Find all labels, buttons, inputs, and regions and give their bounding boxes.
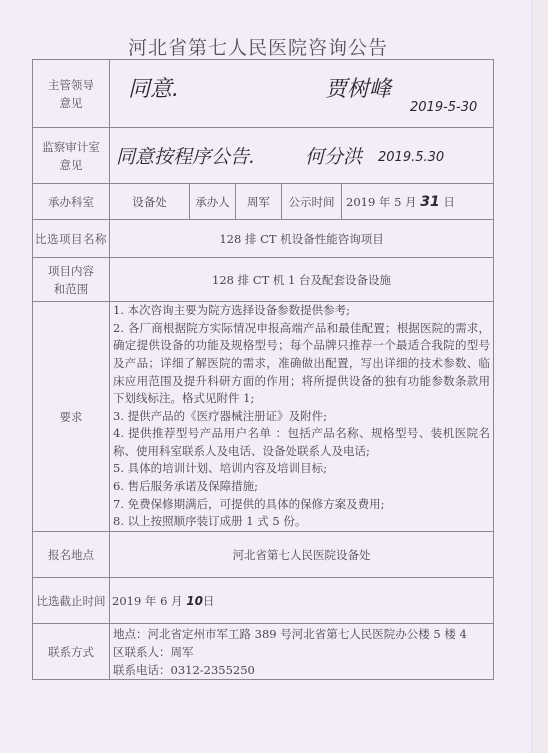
deadline-suffix: 日 (203, 594, 215, 608)
deadline-value: 2019 年 6 月 10日 (110, 578, 494, 624)
publish-date-suffix: 日 (443, 195, 455, 209)
handler-label: 承办人 (190, 184, 236, 220)
requirement-item: 5. 具体的培训计划、培训内容及培训目标; (113, 460, 490, 478)
publish-day-handwritten: 31 (420, 194, 439, 210)
leader-date: 2019-5-30 (410, 100, 477, 115)
announcement-table: 主管领导 意见 同意. 贾树峰 2019-5-30 监察审计室 意见 同意按程序… (32, 59, 494, 680)
row-registration: 报名地点 河北省第七人民医院设备处 (33, 532, 494, 578)
row-deadline: 比选截止时间 2019 年 6 月 10日 (33, 578, 494, 624)
office-department: 设备处 (110, 184, 190, 220)
contact-address: 地点：河北省定州市军工路 389 号河北省第七人民医院办公楼 5 楼 4 (113, 625, 490, 643)
publish-time-label: 公示时间 (282, 184, 342, 220)
scan-page-edge (531, 0, 548, 753)
project-scope-value: 128 排 CT 机 1 台及配套设备设施 (110, 258, 494, 302)
contact-info: 地点：河北省定州市军工路 389 号河北省第七人民医院办公楼 5 楼 4 区联系… (110, 624, 494, 680)
audit-date: 2019.5.30 (378, 150, 444, 165)
leader-opinion-label: 主管领导 意见 (33, 60, 110, 128)
row-office: 承办科室 设备处 承办人 周军 公示时间 2019 年 5 月 31 日 (33, 184, 494, 220)
project-name-value: 128 排 CT 机设备性能咨询项目 (110, 220, 494, 258)
contact-person: 区联系人：周军 (113, 643, 490, 661)
row-project-name: 比选项目名称 128 排 CT 机设备性能咨询项目 (33, 220, 494, 258)
project-name-label: 比选项目名称 (33, 220, 110, 258)
leader-opinion-cell: 同意. 贾树峰 2019-5-30 (110, 60, 494, 128)
requirement-item: 3. 提供产品的《医疗器械注册证》及附件; (113, 408, 490, 426)
audit-opinion-label: 监察审计室 意见 (33, 128, 110, 184)
leader-signature: 贾树峰 (325, 72, 391, 103)
requirements-label: 要求 (33, 302, 110, 532)
requirements-list: 1. 本次咨询主要为院方选择设备参数提供参考; 2. 各厂商根据院方实际情况申报… (110, 302, 494, 532)
requirement-item: 4. 提供推荐型号产品用户名单 ：包括产品名称、规格型号、装机医院名称、使用科室… (113, 425, 490, 460)
row-project-scope: 项目内容 和范围 128 排 CT 机 1 台及配套设备设施 (33, 258, 494, 302)
label-line: 主管领导 (36, 76, 106, 94)
publish-date-prefix: 2019 年 5 月 (346, 195, 417, 209)
document-title: 河北省第七人民医院咨询公告 (0, 33, 516, 60)
label-line: 项目内容 (36, 262, 106, 280)
requirement-item: 8. 以上按照顺序装订成册 1 式 5 份。 (113, 513, 490, 531)
deadline-label: 比选截止时间 (33, 578, 110, 624)
audit-signature: 何分洪 (305, 142, 362, 169)
row-requirements: 要求 1. 本次咨询主要为院方选择设备参数提供参考; 2. 各厂商根据院方实际情… (33, 302, 494, 532)
requirement-item: 7. 免费保修期满后，可提供的具体的保修方案及费用; (113, 496, 490, 514)
label-line: 意见 (36, 94, 106, 112)
handler-name: 周军 (236, 184, 282, 220)
project-scope-label: 项目内容 和范围 (33, 258, 110, 302)
deadline-prefix: 2019 年 6 月 (112, 594, 183, 608)
office-label: 承办科室 (33, 184, 110, 220)
publish-date: 2019 年 5 月 31 日 (342, 184, 494, 220)
registration-value: 河北省第七人民医院设备处 (110, 532, 494, 578)
row-contact: 联系方式 地点：河北省定州市军工路 389 号河北省第七人民医院办公楼 5 楼 … (33, 624, 494, 680)
requirement-item: 2. 各厂商根据院方实际情况申报高端产品和最佳配置；根据医院的需求，确定提供设备… (113, 320, 490, 408)
requirement-item: 6. 售后服务承诺及保障措施; (113, 478, 490, 496)
deadline-day-handwritten: 10 (186, 594, 203, 608)
requirement-item: 1. 本次咨询主要为院方选择设备参数提供参考; (113, 302, 490, 320)
registration-label: 报名地点 (33, 532, 110, 578)
label-line: 意见 (36, 156, 106, 174)
label-line: 和范围 (36, 280, 106, 298)
audit-opinion-cell: 同意按程序公告. 何分洪 2019.5.30 (110, 128, 494, 184)
contact-phone: 联系电话：0312-2355250 (113, 661, 490, 679)
row-audit-opinion: 监察审计室 意见 同意按程序公告. 何分洪 2019.5.30 (33, 128, 494, 184)
row-leader-opinion: 主管领导 意见 同意. 贾树峰 2019-5-30 (33, 60, 494, 128)
audit-handwritten-opinion: 同意按程序公告. (116, 142, 255, 169)
leader-handwritten-opinion: 同意. (128, 72, 179, 103)
label-line: 监察审计室 (36, 138, 106, 156)
contact-label: 联系方式 (33, 624, 110, 680)
